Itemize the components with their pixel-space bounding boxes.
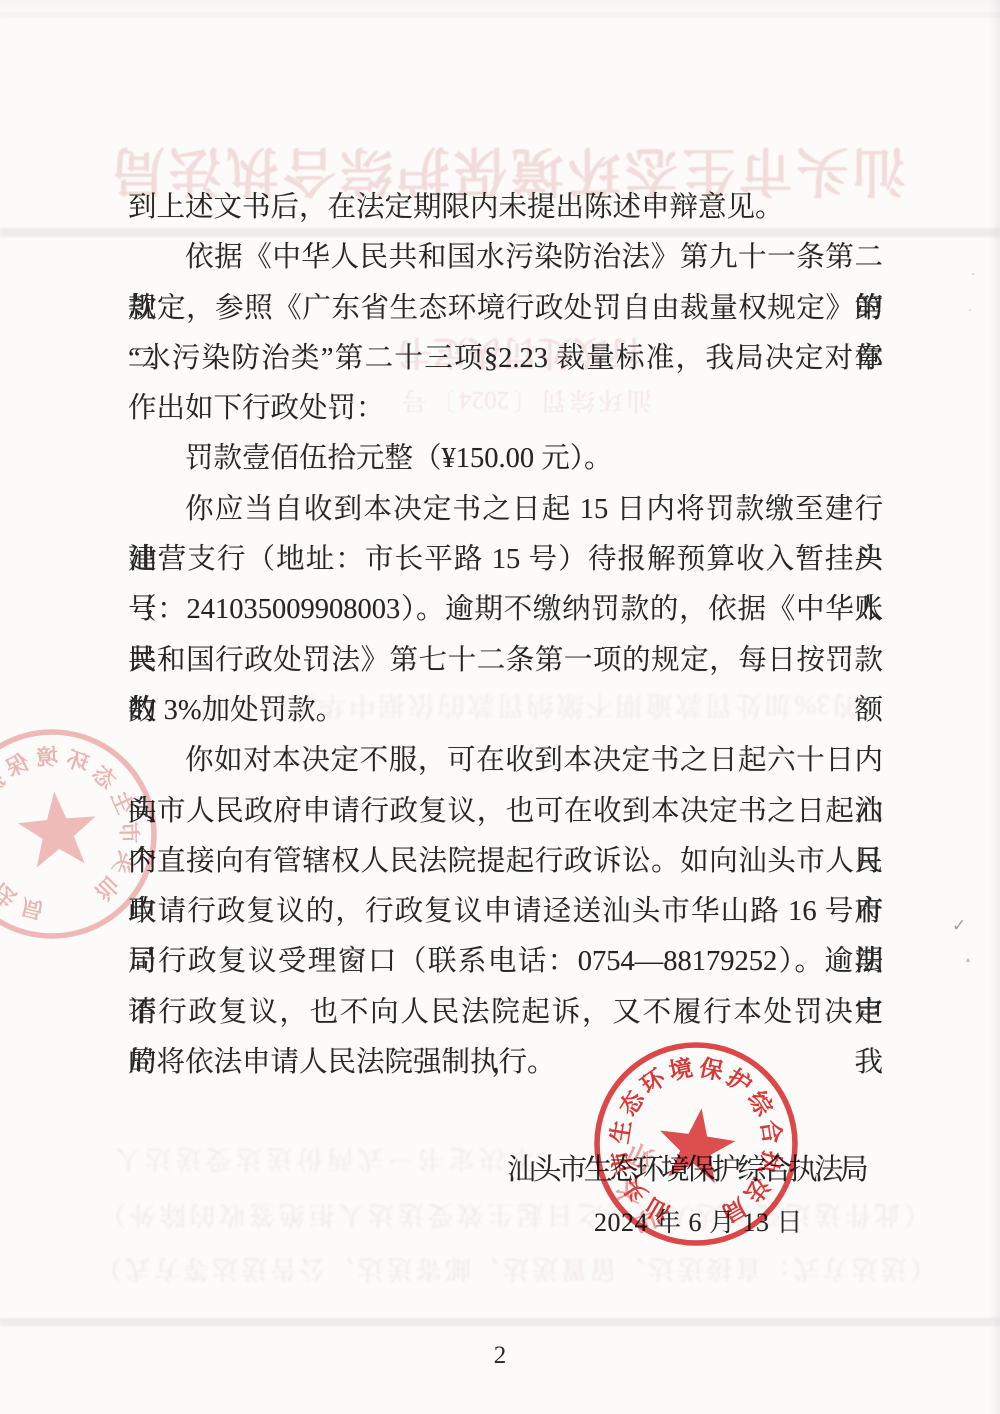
svg-text:态: 态: [87, 760, 121, 794]
page-number: 2: [0, 1342, 1000, 1370]
document-text-line: 号：241035009908003）。逾期不缴纳罚款的，依据《中华人民: [128, 585, 883, 635]
document-text-line: 头市人民政府申请行政复议，也可在收到本决定书之日起六个月: [128, 787, 883, 837]
document-text-line: 共和国行政处罚法》第七十二条第一项的规定，每日按罚款数额: [128, 636, 883, 686]
svg-text:环: 环: [62, 746, 92, 777]
svg-text:汕: 汕: [90, 872, 123, 905]
scan-streak: [0, 1318, 1000, 1326]
svg-text:保: 保: [2, 749, 33, 781]
document-text-line: 申请行政复议的，行政复议申请迳送汕头市华山路 16 号市司法: [128, 887, 883, 937]
document-text-line: “水污染防治类”第二十三项§2.23 裁量标准，我局决定对你: [128, 334, 883, 384]
document-text-line: 罚款壹佰伍拾元整（¥150.00 元）。: [128, 434, 883, 484]
bleed-through-text-line: （送达方式：直接送达、留置送达、邮寄送达、公告送达等方式）: [96, 1252, 936, 1289]
bleed-through-text-line: （此件送达受送达人签收之日起生效受送达人拒绝签收的除外）: [100, 1198, 930, 1235]
scanned-document-page: 汕头市生态环境保护综合执法局 行政处罚决定书 汕环综罚〔2024〕号 的3%加处…: [0, 0, 1000, 1414]
document-text-line: 局行政复议受理窗口（联系电话：0754—88179252）。逾期不申: [128, 937, 883, 987]
document-text-line: 依据《中华人民共和国水污染防治法》第九十一条第二款的: [128, 233, 883, 283]
document-text-line: 请行政复议，也不向人民法院起诉，又不履行本处罚决定的，我: [128, 988, 883, 1038]
issuing-authority-signature: 汕头市生态环境保护综合执法局: [507, 1147, 865, 1188]
document-text-line: 作出如下行政处罚：: [128, 384, 883, 434]
document-text-line: 建营支行（地址：市长平路 15 号）待报解预算收入暂挂户（账: [128, 535, 883, 585]
decision-date: 2024 年 6 月 13 日: [594, 1202, 803, 1239]
svg-text:境: 境: [36, 744, 60, 770]
svg-text:局: 局: [18, 893, 46, 923]
svg-text:护: 护: [0, 768, 10, 801]
document-text-line: 内直接向有管辖权人民法院提起行政诉讼。如向汕头市人民政府: [128, 837, 883, 887]
bleed-through-text-line: 本决定书一式两份送达受送达人: [115, 1142, 535, 1179]
document-text-line: 你如对本决定不服，可在收到本决定书之日起六十日内向汕: [128, 736, 883, 786]
svg-text:法: 法: [0, 878, 22, 912]
document-text-line: 你应当自收到本决定书之日起 15 日内将罚款缴至建行汕头: [128, 485, 883, 535]
svg-text:合: 合: [755, 1118, 786, 1146]
scan-speck: ▴: [966, 955, 970, 964]
scan-speck: ▪: [969, 308, 971, 314]
svg-text:生: 生: [606, 1118, 636, 1146]
scan-speck: ▪: [972, 270, 974, 278]
svg-text:执: 执: [0, 855, 1, 886]
document-text-line: 规定，参照《广东省生态环境行政处罚自由裁量权规定》第二章: [128, 284, 883, 334]
document-text-line: 到上述文书后，在法定期限内未提出陈述申辩意见。: [128, 183, 883, 233]
svg-text:综: 综: [742, 1086, 778, 1121]
svg-text:态: 态: [614, 1086, 650, 1121]
scan-streak: [0, 12, 1000, 18]
scan-speck: ✓: [952, 916, 966, 936]
document-body-text: 到上述文书后，在法定期限内未提出陈述申辩意见。依据《中华人民共和国水污染防治法》…: [128, 183, 883, 1088]
